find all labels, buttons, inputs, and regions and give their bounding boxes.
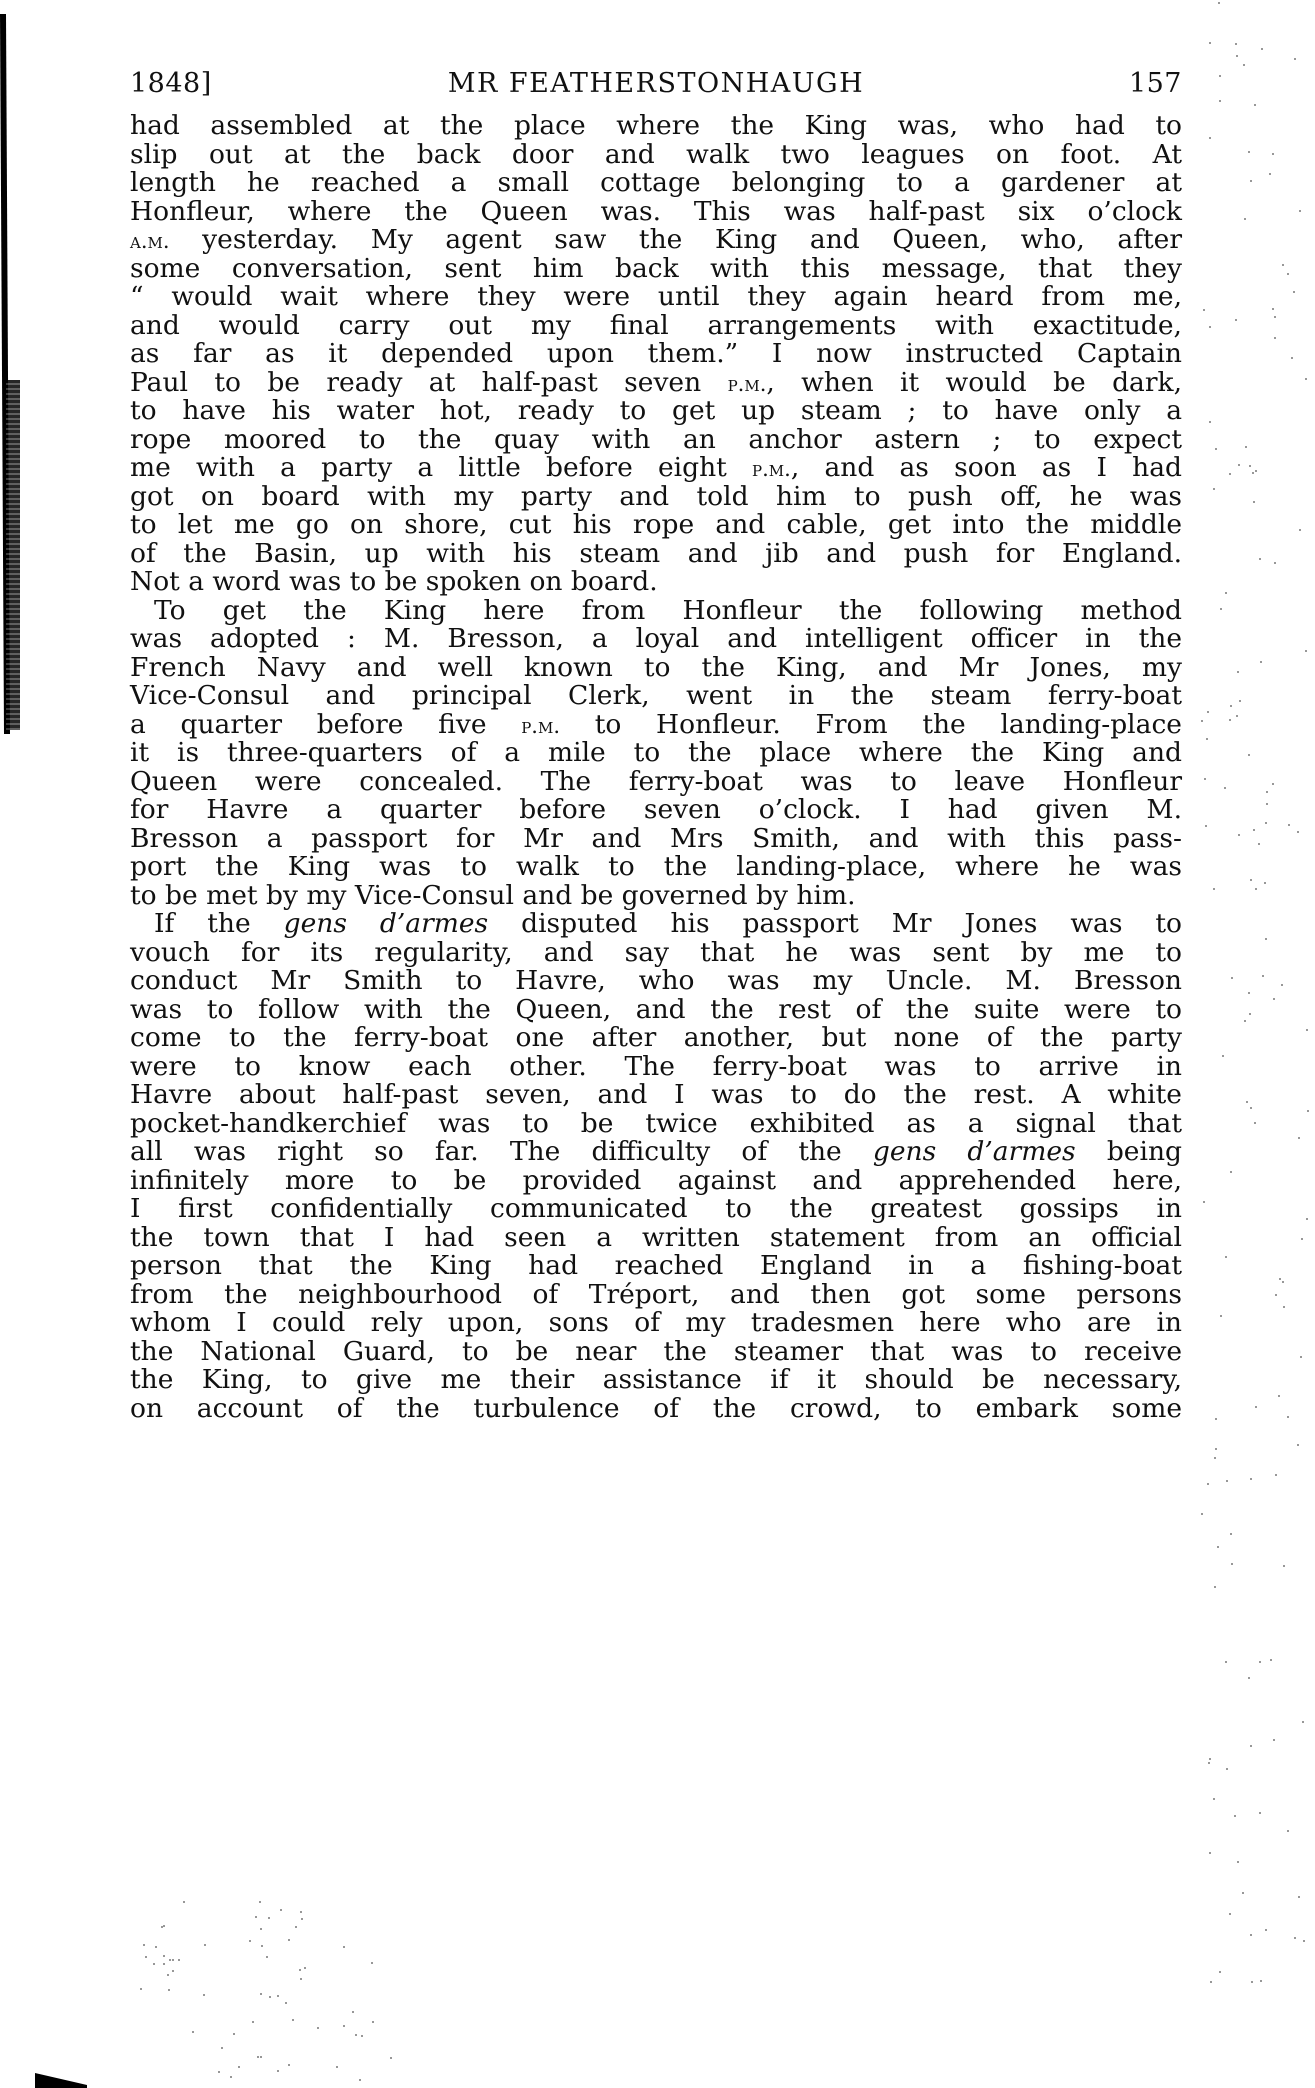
scan-speckle (168, 1989, 170, 1991)
text-line: and would carry out my final arrangement… (130, 312, 1182, 341)
text-line: I first confidentially communicated to t… (130, 1195, 1182, 1224)
scan-speckle (1208, 1762, 1210, 1764)
scan-speckle (300, 1911, 302, 1913)
small-caps-abbrev: p.m. (752, 457, 791, 481)
scan-speckle (1250, 879, 1252, 881)
scan-speckle (1214, 1457, 1216, 1459)
scan-speckle (178, 1959, 180, 1961)
scan-speckle (1215, 1448, 1217, 1450)
text-line: slip out at the back door and walk two l… (130, 141, 1182, 170)
scan-speckle (1251, 1981, 1253, 1983)
text-segment: whom I could rely upon, sons of my trade… (130, 1307, 1182, 1338)
scan-speckle (1210, 1981, 1212, 1983)
scan-speckle (1279, 1278, 1281, 1280)
scan-speckle (1246, 1101, 1248, 1103)
text-segment: , and as soon as I had (791, 452, 1182, 483)
text-segment: come to the ferry-boat one after another… (130, 1022, 1182, 1053)
text-line: If the gens d’armes disputed his passpor… (130, 910, 1182, 939)
scan-speckle (1300, 1356, 1302, 1358)
scan-speckle (1305, 378, 1307, 380)
scan-speckle (172, 1959, 174, 1961)
scan-speckle (204, 1944, 206, 1946)
text-segment: to have his water hot, ready to get up s… (130, 395, 1182, 426)
scan-speckle (1235, 319, 1237, 321)
text-line: got on board with my party and told him … (130, 483, 1182, 512)
scan-speckle (1217, 1546, 1219, 1548)
scan-speckle (1253, 829, 1255, 831)
scan-speckle (1236, 55, 1238, 57)
scan-speckle (277, 1995, 279, 1997)
scan-speckle (1225, 1256, 1227, 1258)
scan-speckle (1255, 1406, 1257, 1408)
scan-speckle (1206, 738, 1208, 740)
scan-speckle (1250, 180, 1252, 182)
scan-speckle (260, 2056, 262, 2058)
scan-speckle (255, 1916, 257, 1918)
scan-speckle (1213, 1798, 1215, 1800)
scan-speckle (285, 2002, 287, 2004)
scan-speckle (277, 2070, 279, 2072)
scan-speckle (343, 2025, 345, 2027)
scan-speckle (1301, 1238, 1303, 1240)
scan-speckle (1287, 1830, 1289, 1832)
scan-speckle (1252, 472, 1254, 474)
text-segment: some conversation, sent him back with th… (130, 253, 1182, 284)
scan-speckle (1262, 975, 1264, 977)
scan-speckle (1282, 1281, 1284, 1283)
scan-speckle (1242, 1892, 1244, 1894)
scan-speckle (163, 1963, 165, 1965)
scan-speckle (1253, 501, 1255, 503)
scan-speckle (1209, 421, 1211, 423)
text-line: all was right so far. The difficulty of … (130, 1138, 1182, 1167)
text-segment: slip out at the back door and walk two l… (130, 139, 1182, 170)
scan-speckle (1255, 888, 1257, 890)
text-line: the King, to give me their assistance if… (130, 1366, 1182, 1395)
text-segment: port the King was to walk to the landing… (130, 851, 1182, 882)
scan-speckle (1203, 309, 1205, 311)
text-segment: of the Basin, up with his steam and jib … (130, 538, 1182, 569)
scan-speckle (269, 1996, 271, 1998)
text-segment: were to know each other. The ferry-boat … (130, 1051, 1182, 1082)
scan-speckle (266, 1956, 268, 1958)
text-line: me with a party a little before eight p.… (130, 454, 1182, 483)
scan-speckle (155, 1946, 157, 1948)
text-line: person that the King had reached England… (130, 1252, 1182, 1281)
scan-speckle (1219, 100, 1221, 102)
text-line: had assembled at the place where the Kin… (130, 112, 1182, 141)
scan-speckle (1215, 448, 1217, 450)
text-line: To get the King here from Honfleur the f… (130, 597, 1182, 626)
text-line: a quarter before five p.m. to Honfleur. … (130, 711, 1182, 740)
scan-speckle (1248, 754, 1250, 756)
scan-speckle (260, 1928, 262, 1930)
text-line: Bresson a passport for Mr and Mrs Smith,… (130, 825, 1182, 854)
scan-speckle (1209, 42, 1211, 44)
scan-speckle (1291, 357, 1293, 359)
text-segment: the town that I had seen a written state… (130, 1222, 1182, 1253)
text-line: to be met by my Vice-Consul and be gover… (130, 882, 1182, 911)
scan-speckle (143, 1944, 145, 1946)
text-line: to have his water hot, ready to get up s… (130, 397, 1182, 426)
text-segment: Queen were concealed. The ferry-boat was… (130, 766, 1182, 797)
scan-speckle (301, 1918, 303, 1920)
scan-speckle (1265, 822, 1267, 824)
text-line: “ would wait where they were until they … (130, 283, 1182, 312)
scan-speckle (1278, 1395, 1280, 1397)
text-segment: “ would wait where they were until they … (130, 281, 1182, 312)
text-segment: me with a party a little before eight (130, 452, 752, 483)
scan-speckle (1226, 1768, 1228, 1770)
text-segment: Bresson a passport for Mr and Mrs Smith,… (130, 823, 1182, 854)
scan-speckle (1203, 1201, 1205, 1203)
text-segment: Paul to be ready at half-past seven (130, 367, 728, 398)
text-line: Vice-Consul and principal Clerk, went in… (130, 682, 1182, 711)
text-line: were to know each other. The ferry-boat … (130, 1053, 1182, 1082)
scan-speckle (1248, 151, 1250, 153)
text-line: on account of the turbulence of the crow… (130, 1395, 1182, 1424)
text-segment: it is three-quarters of a mile to the pl… (130, 737, 1182, 768)
scan-speckle (1266, 791, 1268, 793)
scan-speckle (1305, 650, 1307, 652)
paragraph: had assembled at the place where the Kin… (130, 112, 1182, 597)
scan-speckle (1248, 1677, 1250, 1679)
text-line: from the neighbourhood of Tréport, and t… (130, 1281, 1182, 1310)
scan-speckle (1229, 719, 1231, 721)
text-line: pocket-handkerchief was to be twice exhi… (130, 1110, 1182, 1139)
scan-speckle (1294, 1937, 1296, 1939)
scan-speckle (1259, 1661, 1261, 1663)
text-line: Queen were concealed. The ferry-boat was… (130, 768, 1182, 797)
text-line: the town that I had seen a written state… (130, 1224, 1182, 1253)
scan-speckle (1261, 48, 1263, 50)
text-segment: the King, to give me their assistance if… (130, 1364, 1182, 1395)
scan-speckle (1294, 58, 1296, 60)
scan-speckle (288, 2064, 290, 2066)
scan-speckle (1274, 562, 1276, 564)
text-segment: Not a word was to be spoken on board. (130, 566, 658, 597)
italic-phrase: gens d’armes (873, 1136, 1076, 1167)
text-line: to let me go on shore, cut his rope and … (130, 511, 1182, 540)
scan-speckle (1249, 465, 1251, 467)
text-line: the National Guard, to be near the steam… (130, 1338, 1182, 1367)
scan-speckle (1273, 998, 1275, 1000)
scan-speckle (1306, 1029, 1308, 1031)
text-line: conduct Mr Smith to Havre, who was my Un… (130, 967, 1182, 996)
scan-speckle (1213, 488, 1215, 490)
scan-speckle (300, 1978, 302, 1980)
scan-speckle (1209, 1758, 1211, 1760)
scan-speckle (249, 1940, 251, 1942)
text-line: infinitely more to be provided against a… (130, 1167, 1182, 1196)
scan-speckle (1302, 1721, 1304, 1723)
scan-speckle (336, 2066, 338, 2068)
scan-speckle (268, 1917, 270, 1919)
scan-speckle (372, 2021, 374, 2023)
scan-speckle (1298, 1896, 1300, 1898)
scan-speckle (1244, 1020, 1246, 1022)
text-segment: was to follow with the Queen, and the re… (130, 994, 1182, 1025)
scan-speckle (1231, 977, 1233, 979)
text-segment: all was right so far. The difficulty of … (130, 1136, 873, 1167)
scan-speckle (1288, 824, 1290, 826)
text-segment: had assembled at the place where the Kin… (130, 110, 1182, 141)
scan-speckle (1234, 1815, 1236, 1817)
scan-speckle (1204, 778, 1206, 780)
scan-speckle (1275, 1474, 1277, 1476)
scan-speckle (1260, 1980, 1262, 1982)
text-segment: a quarter before five (130, 709, 521, 740)
scan-speckle (295, 1926, 297, 1928)
scan-speckle (355, 2034, 357, 2036)
text-line: Honfleur, where the Queen was. This was … (130, 198, 1182, 227)
scan-speckle (1266, 803, 1268, 805)
scan-speckle (1218, 2, 1220, 4)
scan-speckle (1220, 1315, 1222, 1317)
scan-speckle (1254, 104, 1256, 106)
scan-speckle (292, 2019, 294, 2021)
scan-speckle (230, 2076, 232, 2078)
text-segment: from the neighbourhood of Tréport, and t… (130, 1279, 1182, 1310)
text-segment: on account of the turbulence of the crow… (130, 1393, 1182, 1424)
scan-speckle (1250, 1745, 1252, 1747)
scan-speckle (1260, 661, 1262, 663)
scan-speckle (1306, 1218, 1308, 1220)
scan-speckle (1238, 464, 1240, 466)
scan-speckle (1254, 1122, 1256, 1124)
scan-speckle (1249, 1013, 1251, 1015)
scan-speckle (1282, 264, 1284, 266)
scan-speckle (1245, 446, 1247, 448)
scan-speckle (1265, 938, 1267, 940)
scan-speckle (1209, 326, 1211, 328)
scan-speckle (280, 1909, 282, 1911)
scan-speckle (1250, 1107, 1252, 1109)
scan-speckle (390, 2057, 392, 2059)
scan-speckle (169, 1959, 171, 1961)
scan-speckle (1219, 1971, 1221, 1973)
scan-speckle (1299, 529, 1301, 531)
scan-speckle (1237, 671, 1239, 673)
scan-speckle (1299, 210, 1301, 212)
scan-speckle (1274, 337, 1276, 339)
text-segment: to Honfleur. From the landing-place (560, 709, 1182, 740)
scan-speckle (221, 2047, 223, 2049)
scan-speckle (1226, 1480, 1228, 1482)
scan-speckle (1209, 1852, 1211, 1854)
scan-speckle (1224, 787, 1226, 789)
text-segment: French Navy and well known to the King, … (130, 652, 1182, 683)
scan-speckle (153, 1963, 155, 1965)
scan-speckle (1235, 43, 1237, 45)
scan-speckle (343, 1946, 345, 1948)
scan-speckle (161, 1926, 163, 1928)
scan-speckle (1230, 1171, 1232, 1173)
text-line: Havre about half-past seven, and I was t… (130, 1081, 1182, 1110)
scan-speckle (1297, 831, 1299, 833)
scan-speckle (359, 2079, 361, 2081)
text-segment: as far as it depended upon them.” I now … (130, 338, 1182, 369)
scan-speckle (1270, 1659, 1272, 1661)
scan-speckle (1214, 1586, 1216, 1588)
scan-speckle (1207, 711, 1209, 713)
scan-speckle (1207, 1483, 1209, 1485)
scan-speckle (1272, 153, 1274, 155)
text-segment: to be met by my Vice-Consul and be gover… (130, 880, 856, 911)
text-line: of the Basin, up with his steam and jib … (130, 540, 1182, 569)
scan-speckle (1201, 1513, 1203, 1515)
scan-speckle (1258, 843, 1260, 845)
scan-speckle (1236, 715, 1238, 717)
text-segment: infinitely more to be provided against a… (130, 1165, 1182, 1196)
scan-speckle (167, 1974, 169, 1976)
scan-speckle (1287, 273, 1289, 275)
text-line: Paul to be ready at half-past seven p.m.… (130, 369, 1182, 398)
scan-speckle (1239, 700, 1241, 702)
text-segment: person that the King had reached England… (130, 1250, 1182, 1281)
scan-speckle (1264, 882, 1266, 884)
text-segment: If the (154, 908, 284, 939)
scan-speckle (1298, 1137, 1300, 1139)
paragraph: If the gens d’armes disputed his passpor… (130, 910, 1182, 1423)
scan-speckle (1205, 825, 1207, 827)
scan-speckle (361, 2035, 363, 2037)
text-line: rope moored to the quay with an anchor a… (130, 426, 1182, 455)
text-segment: got on board with my party and told him … (130, 481, 1182, 512)
scan-speckle (1259, 558, 1261, 560)
text-line: whom I could rely upon, sons of my trade… (130, 1309, 1182, 1338)
text-line: as far as it depended upon them.” I now … (130, 340, 1182, 369)
text-line: Not a word was to be spoken on board. (130, 568, 1182, 597)
text-segment: conduct Mr Smith to Havre, who was my Un… (130, 965, 1182, 996)
scan-speckle (257, 2056, 259, 2058)
scan-speckle (1229, 1913, 1231, 1915)
scan-speckle (252, 2021, 254, 2023)
paragraph: To get the King here from Honfleur the f… (130, 597, 1182, 911)
text-segment: vouch for its regularity, and say that h… (130, 937, 1182, 968)
text-line: length he reached a small cottage belong… (130, 169, 1182, 198)
text-line: it is three-quarters of a mile to the pl… (130, 739, 1182, 768)
scan-speckle (1272, 783, 1274, 785)
small-caps-abbrev: p.m. (728, 372, 767, 396)
scan-speckle (1250, 1934, 1252, 1936)
scan-speckle (1297, 1444, 1299, 1446)
scan-speckle (299, 1969, 301, 1971)
italic-phrase: gens d’armes (284, 908, 489, 939)
scan-speckle (203, 1994, 205, 1996)
scan-speckle (1250, 1478, 1252, 1480)
text-segment: , when it would be dark, (766, 367, 1182, 398)
scan-edge-noise (6, 380, 20, 730)
scan-speckle (145, 1956, 147, 1958)
scan-speckle (233, 2033, 235, 2035)
running-header: 1848] MR FEATHERSTONHAUGH 157 (130, 68, 1182, 104)
text-segment: to let me go on shore, cut his rope and … (130, 509, 1182, 540)
scan-speckle (1269, 173, 1271, 175)
text-segment: being (1076, 1136, 1182, 1167)
text-line: French Navy and well known to the King, … (130, 654, 1182, 683)
scan-speckle (1283, 1565, 1285, 1567)
page-number: 157 (1129, 68, 1182, 99)
page-body: had assembled at the place where the Kin… (130, 112, 1182, 1423)
scan-speckle (1303, 1940, 1305, 1942)
scan-speckle (1265, 1929, 1267, 1931)
scan-speckle (1307, 1110, 1309, 1112)
scan-speckle (1259, 1812, 1261, 1814)
text-line: a.m. yesterday. My agent saw the King an… (130, 226, 1182, 255)
scan-speckle (183, 1901, 185, 1903)
scan-speckle (172, 1970, 174, 1972)
scan-speckle (1283, 1306, 1285, 1308)
scan-corner-mark (35, 2073, 87, 2088)
scan-speckle (1248, 992, 1250, 994)
scan-speckle (1238, 834, 1240, 836)
text-segment: I first confidentially communicated to t… (130, 1193, 1182, 1224)
scan-speckle (261, 1945, 263, 1947)
text-line: vouch for its regularity, and say that h… (130, 939, 1182, 968)
scan-speckle (163, 1955, 165, 1957)
scan-speckle (1244, 218, 1246, 220)
text-line: for Havre a quarter before seven o’clock… (130, 796, 1182, 825)
text-line: come to the ferry-boat one after another… (130, 1024, 1182, 1053)
text-segment: and would carry out my final arrangement… (130, 310, 1182, 341)
text-segment: Vice-Consul and principal Clerk, went in… (130, 680, 1182, 711)
text-line: port the King was to walk to the landing… (130, 853, 1182, 882)
scan-speckle (1220, 608, 1222, 610)
scan-speckle (1225, 592, 1227, 594)
scan-speckle (1231, 1563, 1233, 1565)
text-segment: Havre about half-past seven, and I was t… (130, 1079, 1182, 1110)
scan-speckle (288, 1939, 290, 1941)
scan-speckle (1213, 888, 1215, 890)
scan-speckle (352, 2011, 354, 2013)
scan-speckle (1274, 316, 1276, 318)
text-line: some conversation, sent him back with th… (130, 255, 1182, 284)
scan-speckle (259, 1901, 261, 1903)
text-segment: pocket-handkerchief was to be twice exhi… (130, 1108, 1182, 1139)
scan-speckle (1275, 1294, 1277, 1296)
text-line: was adopted : M. Bresson, a loyal and in… (130, 625, 1182, 654)
scan-speckle (1243, 64, 1245, 66)
scan-speckle (1222, 1055, 1224, 1057)
small-caps-abbrev: p.m. (521, 714, 560, 738)
scan-speckle (304, 1967, 306, 1969)
scan-speckle (1219, 75, 1221, 77)
text-segment: To get the King here from Honfleur the f… (154, 595, 1182, 626)
text-segment: Honfleur, where the Queen was. This was … (130, 196, 1182, 227)
text-segment: was adopted : M. Bresson, a loyal and in… (130, 623, 1182, 654)
scan-speckle (218, 2071, 220, 2073)
scan-speckle (1229, 473, 1231, 475)
text-segment: yesterday. My agent saw the King and Que… (170, 224, 1182, 255)
text-segment: disputed his passport Mr Jones was to (488, 908, 1182, 939)
scan-speckle (1255, 470, 1257, 472)
scan-speckle (1293, 291, 1295, 293)
scan-speckle (371, 1962, 373, 1964)
text-segment: the National Guard, to be near the steam… (130, 1336, 1182, 1367)
text-segment: rope moored to the quay with an anchor a… (130, 424, 1182, 455)
scan-speckle (238, 2066, 240, 2068)
scan-speckle (1230, 705, 1232, 707)
scan-speckle (1273, 1739, 1275, 1741)
text-segment: for Havre a quarter before seven o’clock… (130, 794, 1182, 825)
scan-speckle (1225, 1661, 1227, 1663)
scan-speckle (1237, 1861, 1239, 1863)
small-caps-abbrev: a.m. (130, 229, 170, 253)
scan-speckle (1281, 984, 1283, 986)
scan-speckle (1201, 720, 1203, 722)
scan-speckle (317, 2027, 319, 2029)
